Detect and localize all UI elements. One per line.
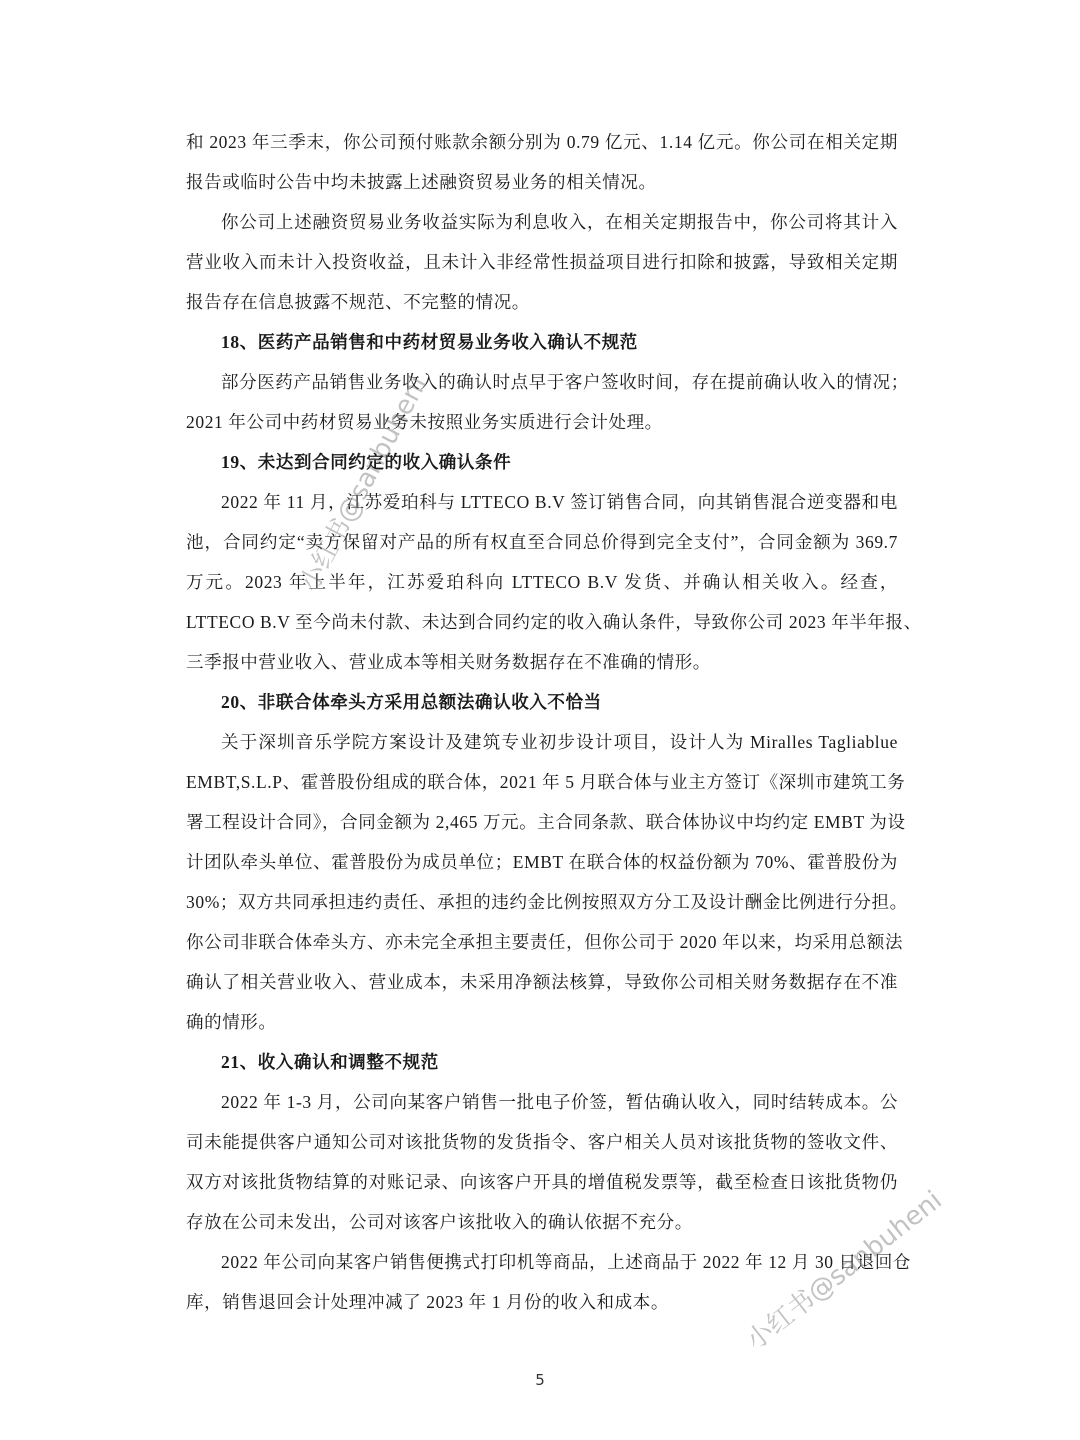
text-line: LTTECO B.V 至今尚未付款、未达到合同约定的收入确认条件，导致你公司 2… [186, 602, 898, 642]
text-line: 报告或临时公告中均未披露上述融资贸易业务的相关情况。 [186, 162, 898, 202]
text-line: 报告存在信息披露不规范、不完整的情况。 [186, 282, 898, 322]
text-line: 确的情形。 [186, 1002, 898, 1042]
text-line: 2021 年公司中药材贸易业务未按照业务实质进行会计处理。 [186, 402, 898, 442]
text-line: 你公司上述融资贸易业务收益实际为利息收入，在相关定期报告中，你公司将其计入 [186, 202, 898, 242]
text-line: 你公司非联合体牵头方、亦未完全承担主要责任，但你公司于 2020 年以来，均采用… [186, 922, 898, 962]
text-line: 部分医药产品销售业务收入的确认时点早于客户签收时间，存在提前确认收入的情况； [186, 362, 898, 402]
text-line: 30%；双方共同承担违约责任、承担的违约金比例按照双方分工及设计酬金比例进行分担… [186, 882, 898, 922]
text-line: 存放在公司未发出，公司对该客户该批收入的确认依据不充分。 [186, 1202, 898, 1242]
text-line: 2022 年 11 月，江苏爱珀科与 LTTECO B.V 签订销售合同，向其销… [186, 482, 898, 522]
text-line: 计团队牵头单位、霍普股份为成员单位；EMBT 在联合体的权益份额为 70%、霍普… [186, 842, 898, 882]
text-line: 2022 年 1-3 月，公司向某客户销售一批电子价签，暂估确认收入，同时结转成… [186, 1082, 898, 1122]
text-line: 确认了相关营业收入、营业成本，未采用净额法核算，导致你公司相关财务数据存在不准 [186, 962, 898, 1002]
section-heading: 19、未达到合同约定的收入确认条件 [186, 442, 898, 482]
section-heading: 18、医药产品销售和中药材贸易业务收入确认不规范 [186, 322, 898, 362]
section-heading: 21、收入确认和调整不规范 [186, 1042, 898, 1082]
text-line: 关于深圳音乐学院方案设计及建筑专业初步设计项目，设计人为 Miralles Ta… [186, 722, 898, 762]
text-line: 营业收入而未计入投资收益，且未计入非经常性损益项目进行扣除和披露，导致相关定期 [186, 242, 898, 282]
text-line: EMBT,S.L.P、霍普股份组成的联合体，2021 年 5 月联合体与业主方签… [186, 762, 898, 802]
document-page: 和 2023 年三季末，你公司预付账款余额分别为 0.79 亿元、1.14 亿元… [186, 122, 898, 1322]
section-heading: 20、非联合体牵头方采用总额法确认收入不恰当 [186, 682, 898, 722]
text-line: 池，合同约定“卖方保留对产品的所有权直至合同总价得到完全支付”，合同金额为 36… [186, 522, 898, 562]
text-line: 库，销售退回会计处理冲减了 2023 年 1 月份的收入和成本。 [186, 1282, 898, 1322]
text-line: 司未能提供客户通知公司对该批货物的发货指令、客户相关人员对该批货物的签收文件、 [186, 1122, 898, 1162]
text-line: 万元。2023 年上半年，江苏爱珀科向 LTTECO B.V 发货、并确认相关收… [186, 562, 898, 602]
text-line: 和 2023 年三季末，你公司预付账款余额分别为 0.79 亿元、1.14 亿元… [186, 122, 898, 162]
text-line: 署工程设计合同》，合同金额为 2,465 万元。主合同条款、联合体协议中均约定 … [186, 802, 898, 842]
text-line: 三季报中营业收入、营业成本等相关财务数据存在不准确的情形。 [186, 642, 898, 682]
text-line: 双方对该批货物结算的对账记录、向该客户开具的增值税发票等，截至检查日该批货物仍 [186, 1162, 898, 1202]
text-line: 2022 年公司向某客户销售便携式打印机等商品，上述商品于 2022 年 12 … [186, 1242, 898, 1282]
page-number: 5 [0, 1371, 1080, 1389]
